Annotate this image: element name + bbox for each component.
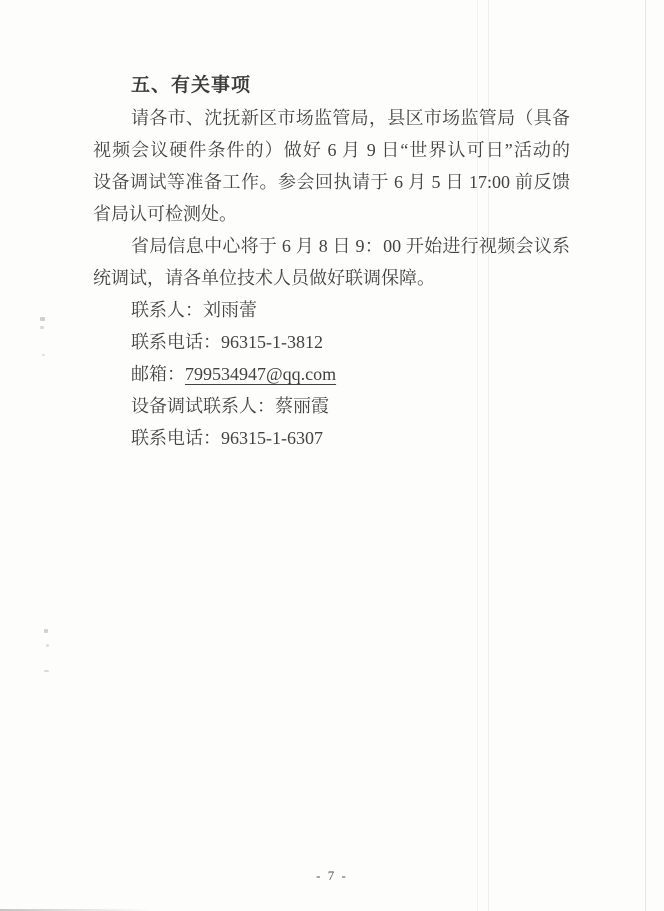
contact-label: 联系人： <box>131 300 203 320</box>
scan-streak <box>645 0 646 911</box>
contact-line: 设备调试联系人：蔡丽霞 <box>93 390 570 422</box>
scan-speck <box>42 354 45 356</box>
scan-speck <box>44 670 49 672</box>
scan-speck <box>40 317 45 321</box>
paragraph-line: 统调试，请各单位技术人员做好联调保障。 <box>93 262 570 294</box>
contact-email: 799534947@qq.com <box>185 364 336 384</box>
contact-line: 联系人：刘雨蕾 <box>93 294 570 326</box>
contact-label: 联系电话： <box>131 428 221 448</box>
page-number: - 7 - <box>0 866 664 886</box>
scan-speck <box>46 644 49 647</box>
paragraph-line: 省局信息中心将于 6 月 8 日 9：00 开始进行视频会议系 <box>93 230 570 262</box>
paragraph-line: 设备调试等准备工作。参会回执请于 6 月 5 日 17:00 前反馈 <box>93 166 570 198</box>
scanned-document-page: 五、有关事项 请各市、沈抚新区市场监管局，县区市场监管局（具备 视频会议硬件条件… <box>0 0 664 911</box>
contact-label: 邮箱： <box>131 364 185 384</box>
scan-speck <box>44 629 48 633</box>
contact-line: 联系电话：96315-1-3812 <box>93 326 570 358</box>
scan-speck <box>40 326 44 329</box>
contact-value: 96315-1-6307 <box>221 428 323 448</box>
paragraph-line: 视频会议硬件条件的）做好 6 月 9 日“世界认可日”活动的 <box>93 134 570 166</box>
contact-value: 刘雨蕾 <box>203 300 257 320</box>
paragraph-line: 省局认可检测处。 <box>93 198 570 230</box>
contact-label: 设备调试联系人： <box>131 396 275 416</box>
document-body: 五、有关事项 请各市、沈抚新区市场监管局，县区市场监管局（具备 视频会议硬件条件… <box>93 70 570 454</box>
paragraph-line: 请各市、沈抚新区市场监管局，县区市场监管局（具备 <box>93 102 570 134</box>
contact-line: 联系电话：96315-1-6307 <box>93 422 570 454</box>
contact-value: 蔡丽霞 <box>275 396 329 416</box>
section-heading: 五、有关事项 <box>93 70 570 102</box>
contact-label: 联系电话： <box>131 332 221 352</box>
contact-line: 邮箱：799534947@qq.com <box>93 358 570 390</box>
contact-value: 96315-1-3812 <box>221 332 323 352</box>
